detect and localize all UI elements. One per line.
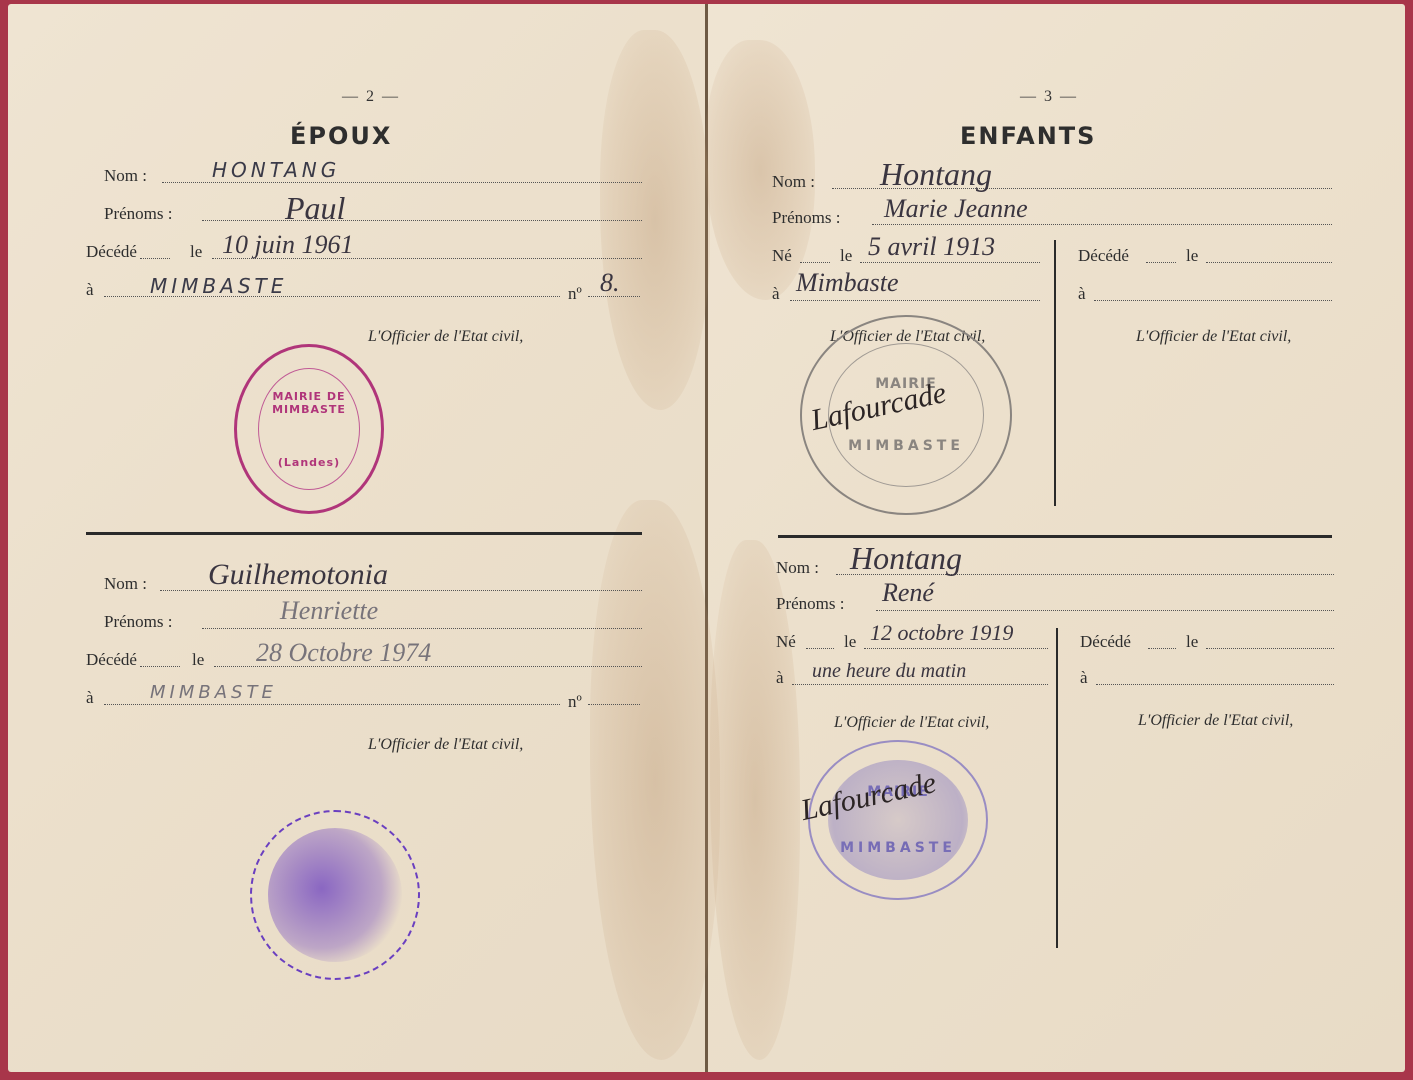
officer-label: L'Officier de l'Etat civil,	[368, 328, 523, 346]
column-divider	[1054, 240, 1056, 506]
prenoms-label: Prénoms :	[104, 612, 172, 632]
section-heading-epoux: ÉPOUX	[290, 122, 392, 150]
officer-label: L'Officier de l'Etat civil,	[1138, 712, 1293, 730]
prenoms-value: Paul	[285, 190, 345, 227]
dotted-line	[1206, 648, 1334, 649]
prenoms-label: Prénoms :	[776, 594, 844, 614]
dotted-line	[162, 182, 642, 183]
dotted-line	[1148, 648, 1176, 649]
dotted-line	[790, 300, 1040, 301]
le-label: le	[192, 650, 204, 670]
le-label: le	[190, 242, 202, 262]
dotted-line	[1096, 684, 1334, 685]
ne-label: Né	[776, 632, 796, 652]
deces-lieu-value: MIMBASTE	[150, 274, 287, 298]
page-number: — 3 —	[1020, 88, 1078, 106]
dotted-line	[792, 684, 1048, 685]
nom-value: HONTANG	[212, 158, 340, 182]
nom-label: Nom :	[104, 574, 147, 594]
officer-label: L'Officier de l'Etat civil,	[1136, 328, 1291, 346]
naissance-lieu-value: Mimbaste	[796, 268, 899, 298]
column-divider	[1056, 628, 1058, 948]
naissance-heure-value: une heure du matin	[812, 660, 966, 683]
mairie-stamp-violet	[250, 810, 420, 980]
page-number: — 2 —	[342, 88, 400, 106]
ne-label: Né	[772, 246, 792, 266]
nom-value: Hontang	[850, 540, 962, 577]
decede-label: Décédé	[1080, 632, 1131, 652]
nom-label: Nom :	[104, 166, 147, 186]
numero-label: nº	[568, 284, 582, 304]
dotted-line	[104, 704, 560, 705]
prenoms-value: René	[882, 578, 934, 608]
decede-label: Décédé	[1078, 246, 1129, 266]
le-label: le	[1186, 246, 1198, 266]
a-label: à	[1080, 668, 1088, 688]
dotted-line	[202, 220, 642, 221]
officer-label: L'Officier de l'Etat civil,	[368, 736, 523, 754]
deces-date-value: 28 Octobre 1974	[256, 638, 431, 668]
mairie-stamp-purple: MAIRIE DE MIMBASTE (Landes)	[234, 344, 384, 514]
le-label: le	[844, 632, 856, 652]
dotted-line	[806, 648, 834, 649]
dotted-line	[872, 224, 1332, 225]
a-label: à	[86, 280, 94, 300]
naissance-date-value: 5 avril 1913	[868, 232, 995, 262]
nom-value: Guilhemotonia	[208, 558, 388, 592]
prenoms-value: Henriette	[280, 596, 378, 626]
officer-label: L'Officier de l'Etat civil,	[834, 714, 989, 732]
nom-label: Nom :	[772, 172, 815, 192]
a-label: à	[86, 688, 94, 708]
prenoms-value: Marie Jeanne	[884, 194, 1028, 224]
dotted-line	[140, 258, 170, 259]
dotted-line	[1206, 262, 1332, 263]
decede-label: Décédé	[86, 650, 137, 670]
section-divider	[778, 535, 1332, 538]
prenoms-label: Prénoms :	[104, 204, 172, 224]
deces-lieu-value: MIMBASTE	[150, 682, 277, 703]
naissance-date-value: 12 octobre 1919	[870, 620, 1013, 646]
dotted-line	[860, 262, 1040, 263]
dotted-line	[864, 648, 1048, 649]
nom-label: Nom :	[776, 558, 819, 578]
dotted-line	[588, 704, 640, 705]
nom-value: Hontang	[880, 156, 992, 193]
dotted-line	[876, 610, 1334, 611]
a-label: à	[776, 668, 784, 688]
dotted-line	[1094, 300, 1332, 301]
decede-label: Décédé	[86, 242, 137, 262]
le-label: le	[1186, 632, 1198, 652]
a-label: à	[772, 284, 780, 304]
dotted-line	[1146, 262, 1176, 263]
dotted-line	[202, 628, 642, 629]
numero-value: 8.	[600, 268, 620, 298]
deces-date-value: 10 juin 1961	[222, 230, 353, 260]
prenoms-label: Prénoms :	[772, 208, 840, 228]
le-label: le	[840, 246, 852, 266]
section-heading-enfants: ENFANTS	[960, 122, 1096, 150]
a-label: à	[1078, 284, 1086, 304]
numero-label: nº	[568, 692, 582, 712]
section-divider	[86, 532, 642, 535]
dotted-line	[140, 666, 180, 667]
dotted-line	[800, 262, 830, 263]
